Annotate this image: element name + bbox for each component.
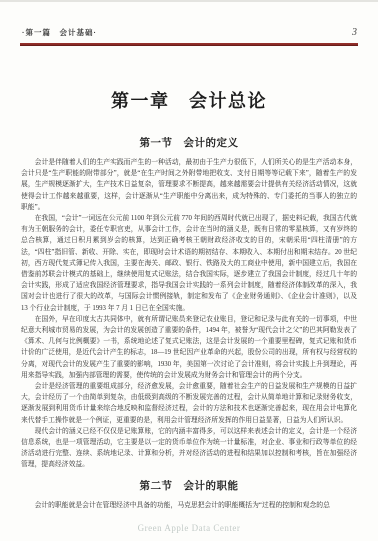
page-content: 第一章 会计总论 第一节 会计的定义 会计是伴随着人们的生产实践而产生的一种活动…: [21, 47, 357, 511]
running-head-book-part: ·第一篇 会计基础·: [22, 27, 97, 38]
paragraph: 会计是伴随着人们的生产实践而产生的一种活动，最初由于生产力很低下，人们所关心的是…: [21, 157, 357, 213]
chapter-title: 第一章 会计总论: [21, 90, 357, 112]
paragraph: 会计的职能就是会计在管理经济中具备的功能，马克思把会计的职能概括为“过程的控制和…: [21, 500, 357, 511]
watermark: Green Apple Data Center: [0, 523, 378, 533]
paragraph: 会计是经济管理的重要组成部分，经济愈发展，会计愈重要，随着社会生产的日益发展和生…: [21, 381, 357, 426]
section-2-body: 会计的职能就是会计在管理经济中具备的功能，马克思把会计的职能概括为“过程的控制和…: [21, 500, 357, 511]
section-1-body: 会计是伴随着人们的生产实践而产生的一种活动，最初由于生产力很低下，人们所关心的是…: [21, 157, 357, 471]
paragraph: 现代会计的涵义已经不仅仅是记账算账，它的内涵丰富得多，可以这样来表述会计的定义，…: [21, 426, 357, 471]
book-page: ·第一篇 会计基础· 3 第一章 会计总论 第一节 会计的定义 会计是伴随着人们…: [0, 0, 378, 541]
page-number: 3: [352, 27, 357, 38]
section-heading-1: 第一节 会计的定义: [21, 137, 357, 150]
page-header: ·第一篇 会计基础· 3: [22, 27, 357, 38]
section-heading-2: 第二节 会计的职能: [21, 480, 357, 493]
paragraph: 在我国，“会计”一词远在公元前 1100 年到公元前 770 年间的西周时代就已…: [21, 213, 357, 314]
header-rule: [20, 43, 358, 46]
paragraph: 在国外，早在印度太古共同体中，就有所谓记账员来登记农业账目，登记和记录与此有关的…: [21, 314, 357, 381]
